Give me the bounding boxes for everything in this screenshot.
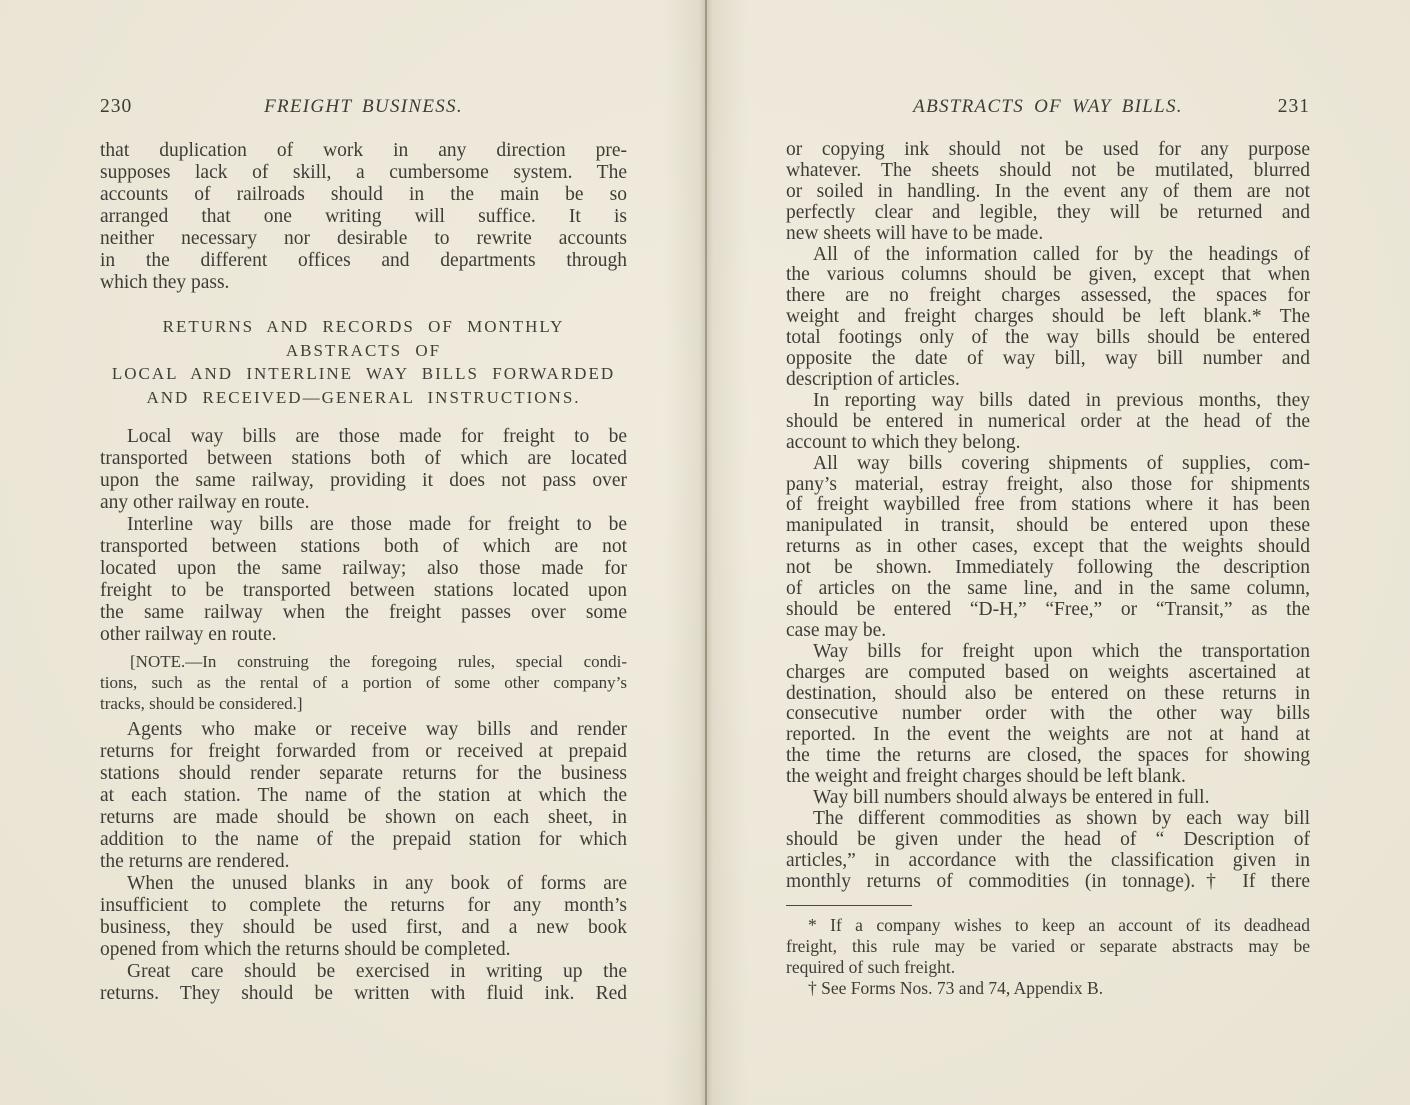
text-line: perfectly clear and legible, they will b… <box>786 203 1310 224</box>
page-right-header: ABSTRACTS OF WAY BILLS. 231 <box>786 95 1310 119</box>
text-line: Way bills for freight upon which the tra… <box>786 642 1310 663</box>
text-line: or copying ink should not be used for an… <box>786 140 1310 161</box>
text-line: whatever. The sheets should not be mutil… <box>786 161 1310 182</box>
page-right-body: or copying ink should not be used for an… <box>786 140 1310 999</box>
text-line: * If a company wishes to keep an account… <box>786 915 1310 936</box>
text-line: tracks, should be considered.] <box>100 693 627 714</box>
text-line: AND RECEIVED—GENERAL INSTRUCTIONS. <box>100 386 627 410</box>
text-line: transported between stations both of whi… <box>100 536 627 558</box>
text-line: returns for freight forwarded from or re… <box>100 741 627 763</box>
footnote-deadhead: * If a company wishes to keep an account… <box>786 915 1310 978</box>
text-line: returns as in other cases, except that t… <box>786 537 1310 558</box>
text-line: description of articles. <box>786 370 1310 391</box>
text-line: the various columns should be given, exc… <box>786 265 1310 286</box>
text-line: addition to the name of the prepaid stat… <box>100 829 627 851</box>
text-line: the same railway when the freight passes… <box>100 602 627 624</box>
text-line: returns. They should be written with flu… <box>100 983 627 1005</box>
text-line: charges are computed based on weights as… <box>786 663 1310 684</box>
text-line: insufficient to complete the returns for… <box>100 895 627 917</box>
text-line: should be entered in numerical order at … <box>786 412 1310 433</box>
text-line: required of such freight. <box>786 957 1310 978</box>
text-line: account to which they belong. <box>786 433 1310 454</box>
footnote-forms: † See Forms Nos. 73 and 74, Appendix B. <box>786 978 1310 999</box>
paragraph-copying-ink: or copying ink should not be used for an… <box>786 140 1310 245</box>
text-line: there are no freight charges assessed, t… <box>786 286 1310 307</box>
text-line: should be entered “D-H,” “Free,” or “Tra… <box>786 600 1310 621</box>
text-line: arranged that one writing will suffice. … <box>100 206 627 228</box>
text-line: supposes lack of skill, a cumbersome sys… <box>100 162 627 184</box>
page-left-body: that duplication of work in any directio… <box>100 140 627 1005</box>
text-line: the weight and freight charges should be… <box>786 767 1310 788</box>
paragraph-interline-way-bills: Interline way bills are those made for f… <box>100 514 627 646</box>
text-line: not be shown. Immediately following the … <box>786 558 1310 579</box>
text-line: Local way bills are those made for freig… <box>100 426 627 448</box>
text-line: When the unused blanks in any book of fo… <box>100 873 627 895</box>
running-title-right: ABSTRACTS OF WAY BILLS. <box>856 95 1240 119</box>
text-line: In reporting way bills dated in previous… <box>786 391 1310 412</box>
text-line: business, they should be used first, and… <box>100 917 627 939</box>
section-heading: RETURNS AND RECORDS OF MONTHLY ABSTRACTS… <box>100 315 627 409</box>
paragraph-headings-information: All of the information called for by the… <box>786 245 1310 391</box>
text-line: All of the information called for by the… <box>786 245 1310 266</box>
text-line: manipulated in transit, should be entere… <box>786 516 1310 537</box>
text-line: or soiled in handling. In the event any … <box>786 182 1310 203</box>
text-line: opposite the date of way bill, way bill … <box>786 349 1310 370</box>
text-line: in the different offices and departments… <box>100 250 627 272</box>
paragraph-local-way-bills: Local way bills are those made for freig… <box>100 426 627 514</box>
text-line: freight, this rule may be varied or sepa… <box>786 936 1310 957</box>
text-line: Great care should be exercised in writin… <box>100 961 627 983</box>
paragraph-way-bill-numbers: Way bill numbers should always be entere… <box>786 788 1310 809</box>
text-line: LOCAL AND INTERLINE WAY BILLS FORWARDED <box>100 362 627 386</box>
page-right: ABSTRACTS OF WAY BILLS. 231 or copying i… <box>786 95 1310 999</box>
text-line: pany’s material, estray freight, also th… <box>786 475 1310 496</box>
text-line: stations should render separate returns … <box>100 763 627 785</box>
paragraph-commodities: The different commodities as shown by ea… <box>786 809 1310 893</box>
page-left-header: 230 FREIGHT BUSINESS. <box>100 95 627 119</box>
paragraph-supplies-shipments: All way bills covering shipments of supp… <box>786 454 1310 642</box>
text-line: which they pass. <box>100 272 627 294</box>
text-line: Agents who make or receive way bills and… <box>100 719 627 741</box>
text-line: opened from which the returns should be … <box>100 939 627 961</box>
text-line: at each station. The name of the station… <box>100 785 627 807</box>
paragraph-previous-months: In reporting way bills dated in previous… <box>786 391 1310 454</box>
paragraph-weights-destination: Way bills for freight upon which the tra… <box>786 642 1310 788</box>
text-line: Way bill numbers should always be entere… <box>786 788 1310 809</box>
paragraph-great-care: Great care should be exercised in writin… <box>100 961 627 1005</box>
text-line: reported. In the event the weights are n… <box>786 725 1310 746</box>
text-line: monthly returns of commodities (in tonna… <box>786 872 1310 893</box>
paragraph-continuation: that duplication of work in any directio… <box>100 140 627 294</box>
paragraph-agents-returns: Agents who make or receive way bills and… <box>100 719 627 873</box>
text-line: consecutive number order with the other … <box>786 704 1310 725</box>
text-line: the time the returns are closed, the spa… <box>786 746 1310 767</box>
text-line: total footings only of the way bills sho… <box>786 328 1310 349</box>
text-line: returns are made should be shown on each… <box>100 807 627 829</box>
text-line: [NOTE.—In construing the foregoing rules… <box>100 651 627 672</box>
text-line: RETURNS AND RECORDS OF MONTHLY ABSTRACTS… <box>100 315 627 362</box>
running-title-left: FREIGHT BUSINESS. <box>170 95 557 119</box>
text-line: All way bills covering shipments of supp… <box>786 454 1310 475</box>
page-gutter-crease <box>705 0 707 1105</box>
text-line: neither necessary nor desirable to rewri… <box>100 228 627 250</box>
text-line: articles,” in accordance with the classi… <box>786 851 1310 872</box>
page-left: 230 FREIGHT BUSINESS. that duplication o… <box>100 95 627 1005</box>
text-line: the returns are rendered. <box>100 851 627 873</box>
text-line: freight to be transported between statio… <box>100 580 627 602</box>
text-line: The different commodities as shown by ea… <box>786 809 1310 830</box>
text-line: tions, such as the rental of a portion o… <box>100 672 627 693</box>
text-line: of freight waybilled free from stations … <box>786 495 1310 516</box>
text-line: destination, should also be entered on t… <box>786 684 1310 705</box>
text-line: weight and freight charges should be lef… <box>786 307 1310 328</box>
text-line: of articles on the same line, and in the… <box>786 579 1310 600</box>
text-line: that duplication of work in any directio… <box>100 140 627 162</box>
text-line: transported between stations both of whi… <box>100 448 627 470</box>
page-number-right: 231 <box>1240 95 1310 119</box>
text-line: accounts of railroads should in the main… <box>100 184 627 206</box>
text-line: other railway en route. <box>100 624 627 646</box>
text-line: should be given under the head of “ Desc… <box>786 830 1310 851</box>
page-gutter-shading <box>664 0 748 1105</box>
text-line: new sheets will have to be made. <box>786 224 1310 245</box>
page-number-left: 230 <box>100 95 170 119</box>
text-line: located upon the same railway; also thos… <box>100 558 627 580</box>
footnote-rule <box>786 905 912 906</box>
text-line: Interline way bills are those made for f… <box>100 514 627 536</box>
text-line: any other railway en route. <box>100 492 627 514</box>
text-line: † See Forms Nos. 73 and 74, Appendix B. <box>786 978 1310 999</box>
paragraph-unused-blanks: When the unused blanks in any book of fo… <box>100 873 627 961</box>
note-block: [NOTE.—In construing the foregoing rules… <box>100 651 627 714</box>
text-line: upon the same railway, providing it does… <box>100 470 627 492</box>
text-line: case may be. <box>786 621 1310 642</box>
